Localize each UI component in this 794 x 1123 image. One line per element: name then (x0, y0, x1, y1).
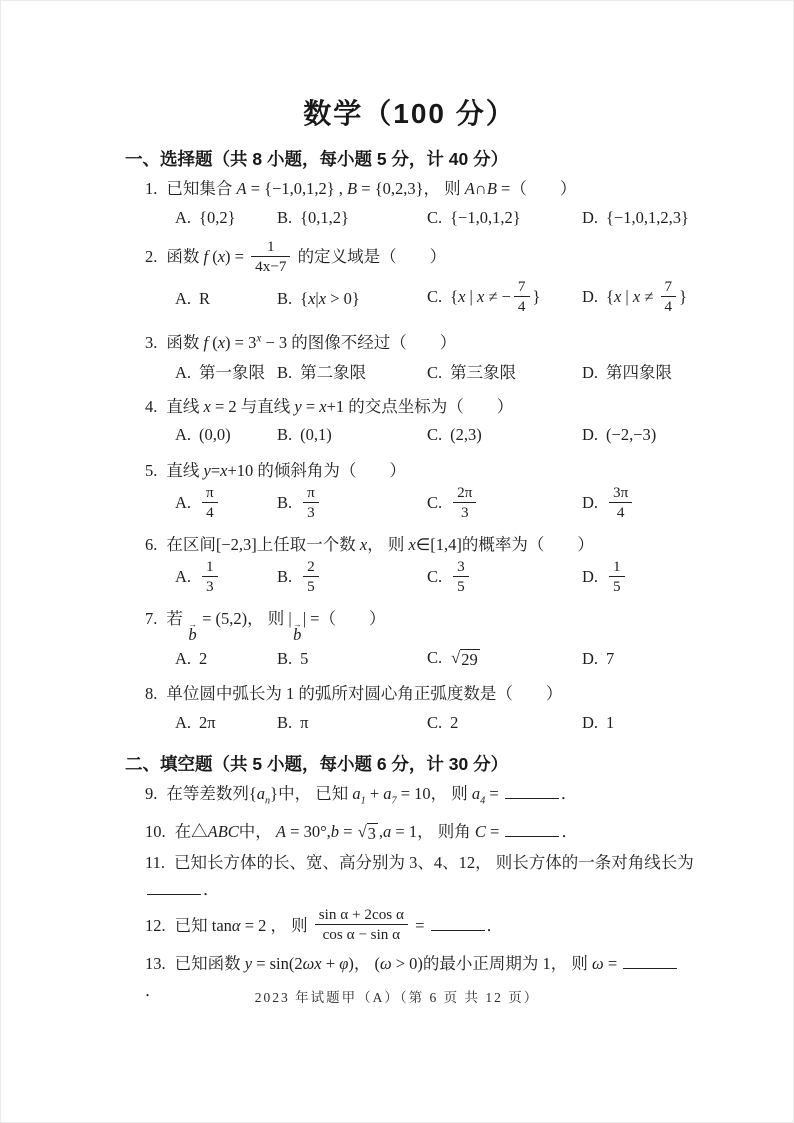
option-A: A.R (175, 289, 277, 309)
question-number: 7. (145, 609, 157, 628)
option-content: 5 (300, 649, 308, 668)
option-label: B. (277, 567, 292, 586)
option-content: 2π (199, 713, 216, 732)
option-A: A.2 (175, 649, 277, 669)
sections: 一、选择题（共 8 小题，每小题 5 分，计 40 分）1.已知集合 A = {… (125, 146, 694, 1004)
question-3: 3.函数 f (x) = 3x − 3 的图像不经过（ ）A.第一象限B.第二象… (125, 325, 694, 386)
options-row: A.2πB.πC.2D.1 (175, 708, 694, 737)
option-content: √29 (450, 648, 481, 667)
option-label: C. (427, 287, 442, 306)
question-stem: 7.若 →b = (5,2)， 则 |→b| =（ ） (145, 605, 694, 644)
question-2: 2.函数 f (x) = 14x−7 的定义域是（ ）A.RB.{x|x > 0… (125, 239, 694, 318)
option-A: A.2π (175, 713, 277, 733)
option-content: 2π3 (450, 493, 479, 512)
option-label: D. (582, 287, 598, 306)
option-content: 35 (450, 567, 472, 586)
option-D: D.15 (582, 559, 694, 598)
option-content: (2,3) (450, 425, 482, 444)
question-text: 在等差数列{an}中， 已知 a1 + a7 = 10， 则 a4 = ． (166, 784, 577, 803)
question-text: 直线 y=x+10 的倾斜角为（ ） (166, 461, 406, 480)
option-label: C. (427, 208, 442, 227)
option-content: 2 (199, 649, 207, 668)
option-label: A. (175, 493, 191, 512)
option-label: C. (427, 363, 442, 382)
option-D: D.7 (582, 649, 694, 669)
question-12: 12.已知 tanα = 2 ， 则 sin α + 2cos αcos α −… (125, 907, 694, 946)
exam-title: 数学（100 分） (125, 92, 694, 132)
answer-blank (431, 913, 485, 931)
answer-blank (505, 820, 559, 838)
option-content: {−1,0,1,2} (450, 208, 521, 227)
option-C: C.√29 (427, 648, 582, 670)
exam-content: 数学（100 分） 一、选择题（共 8 小题，每小题 5 分，计 40 分）1.… (0, 0, 794, 1004)
question-number: 13. (145, 954, 166, 973)
option-A: A.第一象限 (175, 359, 277, 383)
radical-sign: √ (451, 649, 460, 666)
options-row: A.RB.{x|x > 0}C.{x | x ≠ −74}D.{x | x ≠ … (175, 279, 694, 318)
option-label: A. (175, 713, 191, 732)
section-heading: 一、选择题（共 8 小题，每小题 5 分，计 40 分） (125, 146, 694, 171)
option-label: C. (427, 493, 442, 512)
question-number: 8. (145, 684, 157, 703)
page-footer: 2023 年试题甲（A）（第 6 页 共 12 页） (0, 986, 794, 1006)
option-A: A.π4 (175, 485, 277, 524)
option-content: 第二象限 (300, 363, 366, 382)
option-D: D.{x | x ≠ 74} (582, 279, 694, 318)
options-row: A.13B.25C.35D.15 (175, 559, 694, 598)
option-content: π4 (199, 493, 221, 512)
question-stem: 8.单位圆中弧长为 1 的弧所对圆心角正弧度数是（ ） (145, 680, 694, 707)
option-label: D. (582, 713, 598, 732)
question-10: 10.在△ABC中， A = 30°,b = √3,a = 1， 则角 C = … (125, 818, 694, 845)
option-content: {0,1,2} (300, 208, 349, 227)
option-C: C.{x | x ≠ −74} (427, 279, 582, 318)
question-stem: 6.在区间[−2,3]上任取一个数 x， 则 x∈[1,4]的概率为（ ） (145, 531, 694, 558)
option-C: C.{−1,0,1,2} (427, 208, 582, 228)
options-row: A.(0,0)B.(0,1)C.(2,3)D.(−2,−3) (175, 421, 694, 450)
option-content: 第四象限 (606, 363, 672, 382)
option-label: C. (427, 713, 442, 732)
option-A: A.(0,0) (175, 425, 277, 445)
option-D: D.1 (582, 713, 694, 733)
option-B: B.{x|x > 0} (277, 289, 427, 309)
option-content: 15 (606, 567, 628, 586)
option-content: 25 (300, 567, 322, 586)
option-label: A. (175, 363, 191, 382)
option-content: π (300, 713, 308, 732)
option-C: C.第三象限 (427, 359, 582, 383)
question-stem: 9.在等差数列{an}中， 已知 a1 + a7 = 10， 则 a4 = ． (145, 780, 694, 814)
exam-page: 数学（100 分） 一、选择题（共 8 小题，每小题 5 分，计 40 分）1.… (0, 0, 794, 1123)
option-label: D. (582, 567, 598, 586)
option-label: D. (582, 208, 598, 227)
option-A: A.13 (175, 559, 277, 598)
question-number: 12. (145, 916, 166, 935)
section-2: 二、填空题（共 5 小题，每小题 6 分，计 30 分）9.在等差数列{an}中… (125, 751, 694, 1004)
question-8: 8.单位圆中弧长为 1 的弧所对圆心角正弧度数是（ ）A.2πB.πC.2D.1 (125, 680, 694, 737)
option-content: 2 (450, 713, 458, 732)
option-C: C.2π3 (427, 485, 582, 524)
question-text: 函数 f (x) = 14x−7 的定义域是（ ） (166, 247, 446, 266)
option-label: B. (277, 713, 292, 732)
option-B: B.(0,1) (277, 425, 427, 445)
options-row: A.2B.5C.√29D.7 (175, 644, 694, 673)
option-content: {−1,0,1,2,3} (606, 208, 689, 227)
option-label: C. (427, 648, 442, 667)
question-stem: 11.已知长方体的长、宽、高分别为 3、4、12， 则长方体的一条对角线长为． (145, 849, 694, 903)
question-4: 4.直线 x = 2 与直线 y = x+1 的交点坐标为（ ）A.(0,0)B… (125, 393, 694, 450)
question-stem: 10.在△ABC中， A = 30°,b = √3,a = 1， 则角 C = … (145, 818, 694, 845)
option-D: D.第四象限 (582, 359, 694, 383)
options-row: A.第一象限B.第二象限C.第三象限D.第四象限 (175, 357, 694, 386)
option-label: A. (175, 208, 191, 227)
question-text: 函数 f (x) = 3x − 3 的图像不经过（ ） (166, 333, 456, 352)
option-content: (−2,−3) (606, 425, 656, 444)
question-11: 11.已知长方体的长、宽、高分别为 3、4、12， 则长方体的一条对角线长为． (125, 849, 694, 903)
question-stem: 1.已知集合 A = {−1,0,1,2} , B = {0,2,3}， 则 A… (145, 175, 694, 202)
option-label: D. (582, 363, 598, 382)
option-label: B. (277, 208, 292, 227)
option-label: D. (582, 425, 598, 444)
question-number: 4. (145, 397, 157, 416)
option-label: C. (427, 425, 442, 444)
option-label: B. (277, 289, 292, 308)
option-label: B. (277, 363, 292, 382)
options-row: A.π4B.π3C.2π3D.3π4 (175, 485, 694, 524)
option-D: D.3π4 (582, 485, 694, 524)
question-number: 2. (145, 247, 157, 266)
options-row: A.{0,2}B.{0,1,2}C.{−1,0,1,2}D.{−1,0,1,2,… (175, 203, 694, 232)
question-text: 在△ABC中， A = 30°,b = √3,a = 1， 则角 C = ． (175, 822, 578, 841)
question-number: 9. (145, 784, 157, 803)
answer-blank (147, 878, 201, 896)
option-content: 第一象限 (199, 363, 265, 382)
question-text: 已知长方体的长、宽、高分别为 3、4、12， 则长方体的一条对角线长为． (145, 853, 694, 899)
option-content: {x | x ≠ −74} (450, 287, 540, 306)
question-stem: 3.函数 f (x) = 3x − 3 的图像不经过（ ） (145, 325, 694, 356)
question-number: 11. (145, 853, 165, 872)
question-text: 在区间[−2,3]上任取一个数 x， 则 x∈[1,4]的概率为（ ） (166, 535, 593, 554)
question-stem: 5.直线 y=x+10 的倾斜角为（ ） (145, 457, 694, 484)
option-label: A. (175, 425, 191, 444)
radical-sign: √ (358, 823, 367, 840)
question-number: 1. (145, 179, 157, 198)
option-C: C.(2,3) (427, 425, 582, 445)
option-B: B.{0,1,2} (277, 208, 427, 228)
option-label: A. (175, 567, 191, 586)
option-content: 3π4 (606, 493, 635, 512)
option-B: B.π (277, 713, 427, 733)
question-7: 7.若 →b = (5,2)， 则 |→b| =（ ）A.2B.5C.√29D.… (125, 605, 694, 674)
question-9: 9.在等差数列{an}中， 已知 a1 + a7 = 10， 则 a4 = ． (125, 780, 694, 814)
option-B: B.第二象限 (277, 359, 427, 383)
question-number: 5. (145, 461, 157, 480)
question-number: 3. (145, 333, 157, 352)
question-number: 10. (145, 822, 166, 841)
option-content: {x | x ≠ 74} (606, 287, 687, 306)
option-content: (0,0) (199, 425, 231, 444)
question-text: 已知集合 A = {−1,0,1,2} , B = {0,2,3}， 则 A∩B… (166, 179, 576, 198)
question-text: 已知 tanα = 2 ， 则 sin α + 2cos αcos α − si… (175, 916, 503, 935)
answer-blank (505, 782, 559, 800)
option-content: (0,1) (300, 425, 332, 444)
option-label: A. (175, 289, 191, 308)
option-C: C.35 (427, 559, 582, 598)
option-D: D.{−1,0,1,2,3} (582, 208, 694, 228)
option-content: π3 (300, 493, 322, 512)
question-5: 5.直线 y=x+10 的倾斜角为（ ）A.π4B.π3C.2π3D.3π4 (125, 457, 694, 524)
option-label: B. (277, 425, 292, 444)
question-6: 6.在区间[−2,3]上任取一个数 x， 则 x∈[1,4]的概率为（ ）A.1… (125, 531, 694, 598)
option-label: C. (427, 567, 442, 586)
option-B: B.π3 (277, 485, 427, 524)
question-text: 若 →b = (5,2)， 则 |→b| =（ ） (166, 609, 385, 628)
option-A: A.{0,2} (175, 208, 277, 228)
option-B: B.25 (277, 559, 427, 598)
option-C: C.2 (427, 713, 582, 733)
option-content: R (199, 289, 210, 308)
section-heading: 二、填空题（共 5 小题，每小题 6 分，计 30 分） (125, 751, 694, 776)
option-B: B.5 (277, 649, 427, 669)
section-1: 一、选择题（共 8 小题，每小题 5 分，计 40 分）1.已知集合 A = {… (125, 146, 694, 737)
option-content: 第三象限 (450, 363, 516, 382)
option-label: B. (277, 649, 292, 668)
question-stem: 12.已知 tanα = 2 ， 则 sin α + 2cos αcos α −… (145, 907, 694, 946)
option-label: A. (175, 649, 191, 668)
answer-blank (623, 952, 677, 970)
question-stem: 2.函数 f (x) = 14x−7 的定义域是（ ） (145, 239, 694, 278)
option-content: 13 (199, 567, 221, 586)
question-number: 6. (145, 535, 157, 554)
question-text: 单位圆中弧长为 1 的弧所对圆心角正弧度数是（ ） (166, 684, 562, 703)
option-content: {x|x > 0} (300, 289, 360, 308)
option-label: D. (582, 493, 598, 512)
option-content: 7 (606, 649, 614, 668)
option-content: 1 (606, 713, 614, 732)
option-content: {0,2} (199, 208, 235, 227)
option-D: D.(−2,−3) (582, 425, 694, 445)
question-1: 1.已知集合 A = {−1,0,1,2} , B = {0,2,3}， 则 A… (125, 175, 694, 232)
question-text: 直线 x = 2 与直线 y = x+1 的交点坐标为（ ） (166, 397, 513, 416)
option-label: B. (277, 493, 292, 512)
question-stem: 4.直线 x = 2 与直线 y = x+1 的交点坐标为（ ） (145, 393, 694, 420)
option-label: D. (582, 649, 598, 668)
